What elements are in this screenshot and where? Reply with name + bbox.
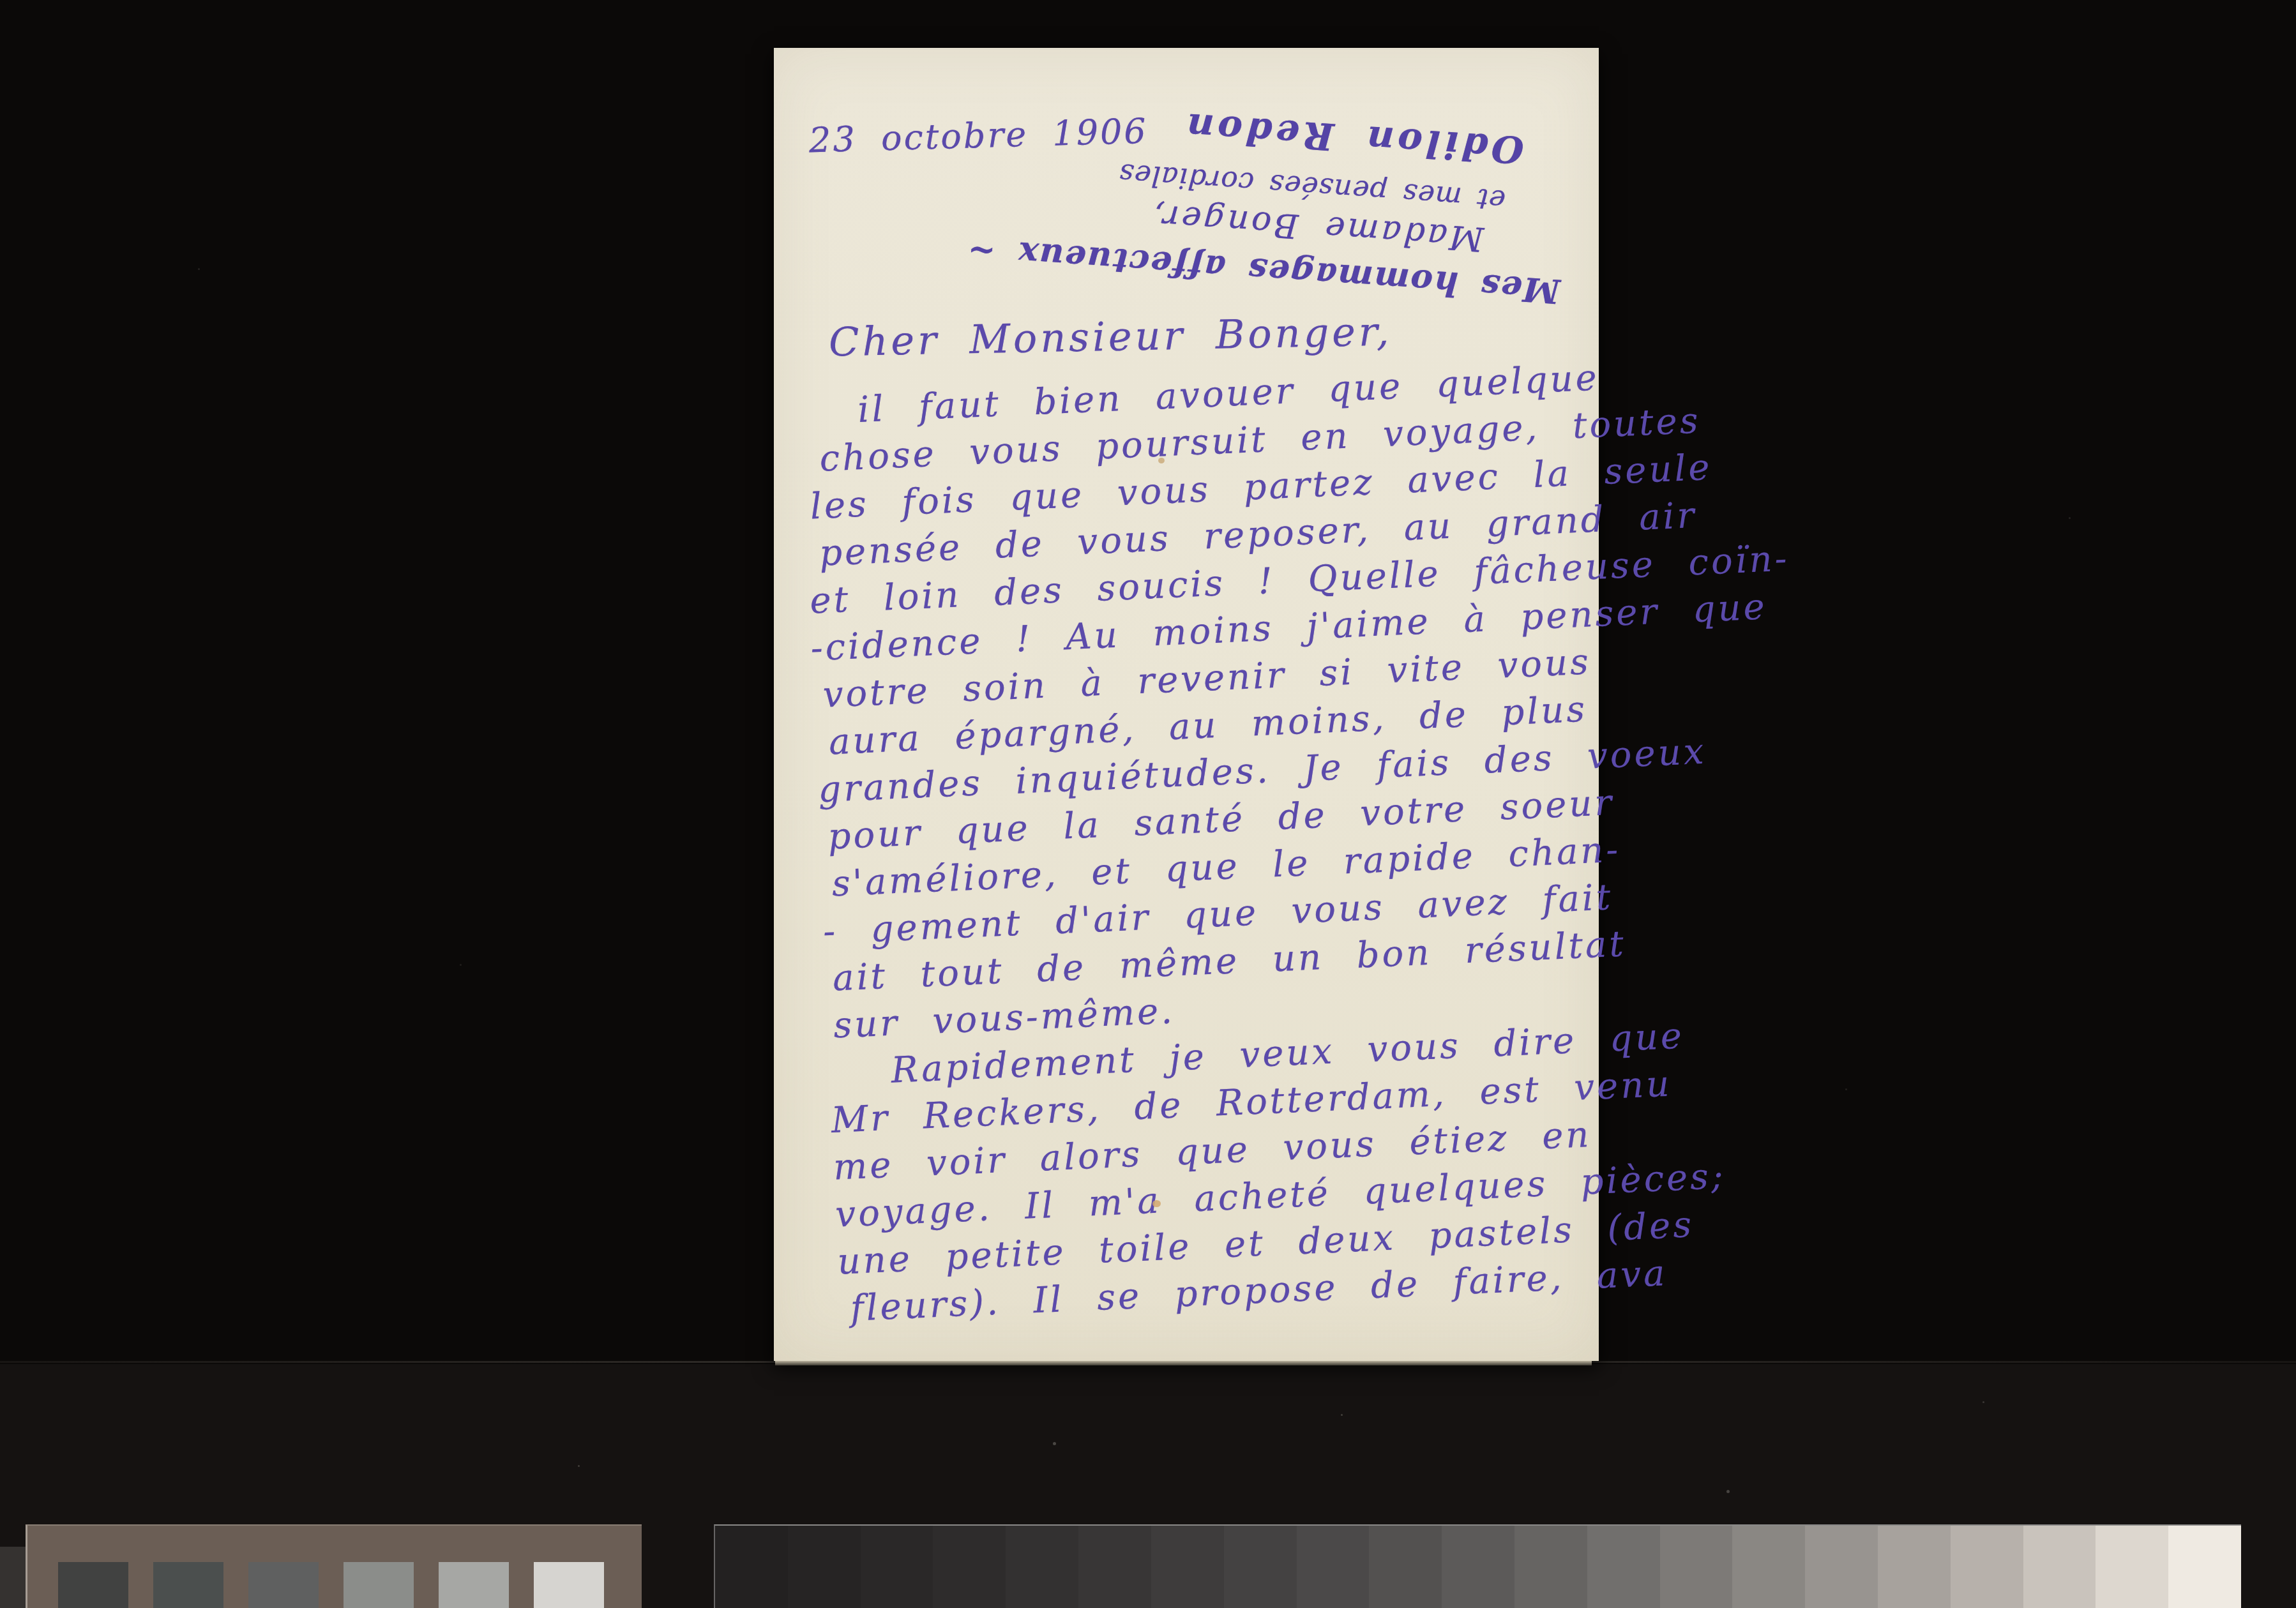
calibration-card-edge [0,1547,26,1608]
foxing-spot [1158,458,1165,463]
gray-patch [153,1562,223,1608]
wedge-step [1369,1526,1442,1608]
foxing-spot [1152,1200,1161,1207]
wedge-step [788,1526,861,1608]
letter-body: il faut bien avouer que quelque chose vo… [799,355,1631,1334]
grayscale-calibration-card [26,1524,642,1608]
wedge-step [715,1526,788,1608]
wedge-step [2023,1526,2096,1608]
wedge-step [2096,1526,2168,1608]
wedge-step [2168,1526,2241,1608]
wedge-step [1951,1526,2023,1608]
step-wedge-calibration-strip [714,1524,2241,1608]
wedge-step [1878,1526,1951,1608]
wedge-step [1732,1526,1805,1608]
wedge-step [1078,1526,1151,1608]
wedge-step [1514,1526,1587,1608]
gray-patch [248,1562,319,1608]
wedge-step [1297,1526,1370,1608]
dust-specks [0,0,2,2]
wedge-step [1006,1526,1078,1608]
wedge-step [1442,1526,1514,1608]
wedge-step [861,1526,933,1608]
wedge-step [1805,1526,1878,1608]
letter-paper: 23 octobre 1906 Mes hommages affectueux … [774,48,1599,1361]
gray-patch-row [58,1562,604,1608]
wedge-step [1151,1526,1224,1608]
gray-patch [58,1562,128,1608]
gray-patch [439,1562,509,1608]
wedge-step [933,1526,1006,1608]
gray-patch [344,1562,414,1608]
scan-photograph: 23 octobre 1906 Mes hommages affectueux … [0,0,2296,1608]
upside-down-closing-block: Mes hommages affectueux ~ Madame Bonger,… [1128,89,1582,317]
letter-date: 23 octobre 1906 [808,111,1148,161]
wedge-step [1660,1526,1733,1608]
letter-greeting: Cher Monsieur Bonger, [828,308,1393,366]
gray-patch [534,1562,604,1608]
wedge-step [1224,1526,1297,1608]
wedge-step [1587,1526,1660,1608]
